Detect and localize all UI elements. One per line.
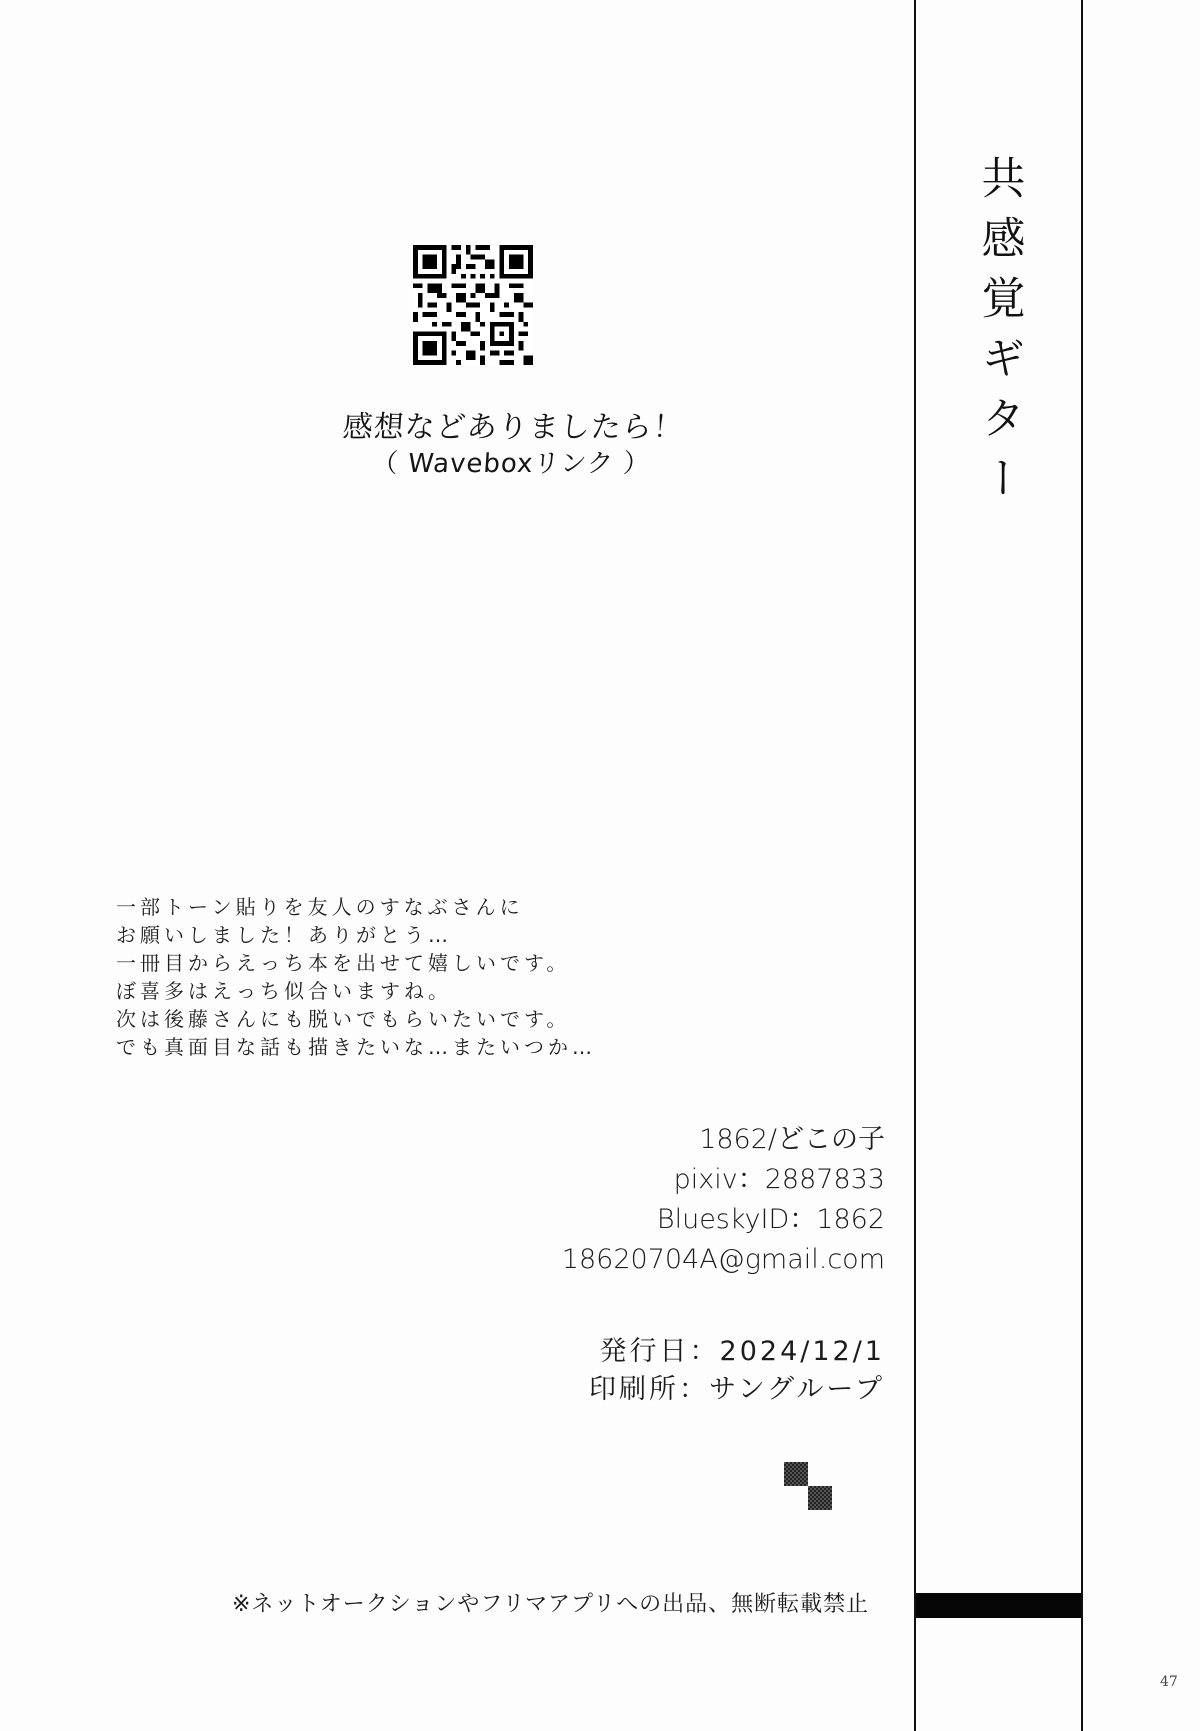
email-address: 18620704A@gmail.com	[562, 1240, 885, 1280]
afterword-line: 一部トーン貼りを友人のすなぶさんに	[116, 893, 596, 921]
wavebox-link-label: （ Waveboxリンク ）	[371, 443, 652, 480]
publication-info: 発行日：2024/12/1 印刷所：サングループ	[589, 1333, 885, 1409]
qr-code[interactable]	[410, 245, 536, 365]
title-panel: 共感覚ギター	[914, 0, 1083, 1731]
afterword-line: 次は後藤さんにも脱いでもらいたいです。	[116, 1005, 596, 1033]
issue-date: 発行日：2024/12/1	[589, 1333, 885, 1371]
afterword-line: ぼ喜多はえっち似合いますね。	[116, 977, 596, 1005]
afterword-line: でも真面目な話も描きたいな…またいつか…	[116, 1033, 596, 1061]
printer-name: 印刷所：サングループ	[589, 1371, 885, 1409]
qr-code-icon	[410, 245, 536, 365]
afterword-message: 一部トーン貼りを友人のすなぶさんに お願いしました！ありがとう… 一冊目からえっ…	[116, 893, 596, 1061]
pixiv-id: pixiv：2887833	[562, 1160, 885, 1200]
title-band-divider	[916, 1593, 1081, 1618]
reproduction-notice: ※ネットオークションやフリマアプリへの出品、無断転載禁止	[232, 1592, 869, 1618]
tone-square-icon	[808, 1486, 832, 1510]
tone-square-icon	[784, 1462, 808, 1486]
colophon-page: 感想などありましたら！ （ Waveboxリンク ） 一部トーン貼りを友人のすな…	[0, 0, 1200, 1731]
book-title: 共感覚ギター	[967, 155, 1031, 515]
author-name: 1862/どこの子	[562, 1120, 885, 1160]
afterword-line: お願いしました！ありがとう…	[116, 921, 596, 949]
author-credits: 1862/どこの子 pixiv：2887833 BlueskyID：1862 1…	[562, 1120, 885, 1280]
feedback-request-text: 感想などありましたら！	[341, 402, 685, 446]
page-number: 47	[1160, 1674, 1178, 1690]
bluesky-id: BlueskyID：1862	[562, 1200, 885, 1240]
afterword-line: 一冊目からえっち本を出せて嬉しいです。	[116, 949, 596, 977]
